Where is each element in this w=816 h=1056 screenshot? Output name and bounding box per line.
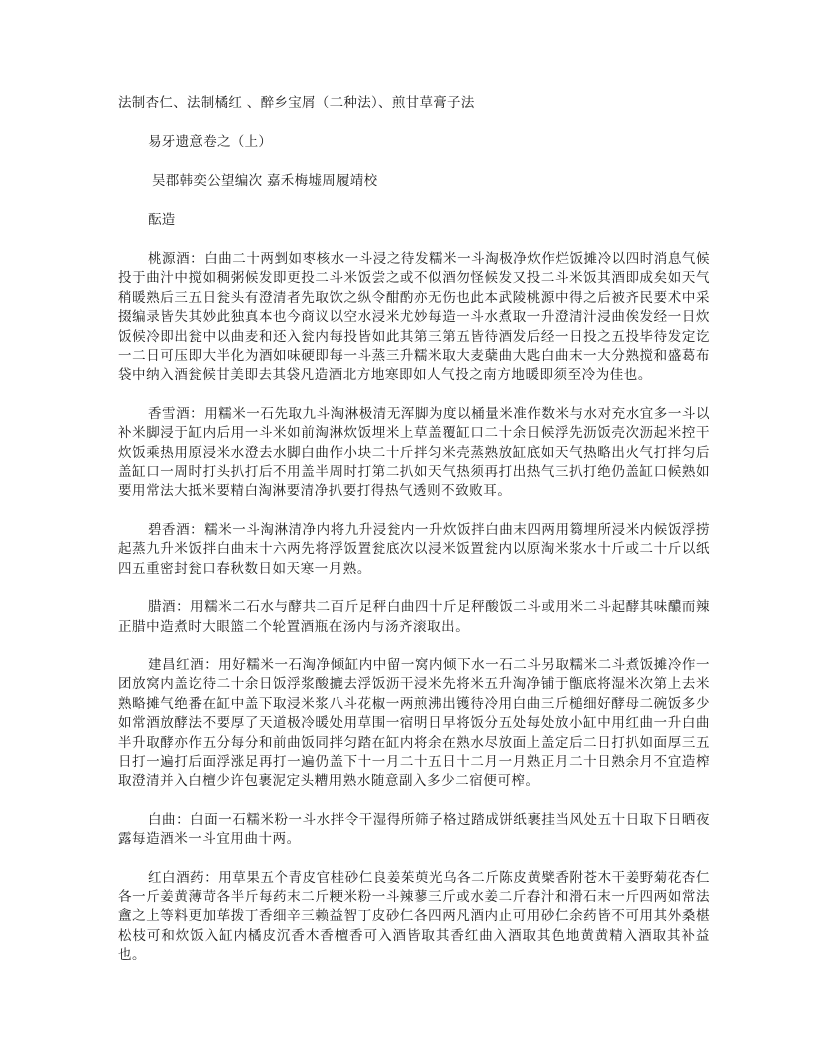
section-heading: 酝造 bbox=[118, 211, 710, 230]
paragraph-xiangxue-wine: 香雪酒：用糯米一石先取九斗淘淋极清无浑脚为度以桶量米准作数米与水对充水宜多一斗以… bbox=[118, 405, 710, 502]
book-title: 易牙遗意卷之（上） bbox=[118, 133, 710, 152]
paragraph-taoyuan-wine: 桃源酒：白曲二十两剉如枣核水一斗浸之待发糯米一斗淘极净炊作烂饭摊冷以四时消息气候… bbox=[118, 250, 710, 386]
paragraph-la-wine: 腊酒：用糯米二石水与酵共二百斤足秤白曲四十斤足秤酸饭二斗或用米二斗起酵其味醲而辣… bbox=[118, 598, 710, 637]
document-page: 法制杏仁、法制橘红 、醉乡宝屑（二种法）、煎甘草膏子法 易牙遗意卷之（上） 吴郡… bbox=[118, 94, 710, 985]
author-credit: 吴郡韩奕公望编次 嘉禾梅墟周履靖校 bbox=[118, 172, 710, 191]
paragraph-jianchang-red-wine: 建昌红酒：用好糯米一石淘净倾缸内中留一窝内倾下水一石二斗另取糯米二斗煮饭摊冷作一… bbox=[118, 656, 710, 792]
paragraph-bixiang-wine: 碧香酒：糯米一斗淘淋清净内将九升浸瓮内一升炊饭拌白曲末四两用篘埋所浸米内候饭浮捞… bbox=[118, 521, 710, 579]
document-title: 法制杏仁、法制橘红 、醉乡宝屑（二种法）、煎甘草膏子法 bbox=[118, 94, 710, 113]
paragraph-red-white-wine-yeast: 红白酒药：用草果五个青皮官桂砂仁良姜茱萸光乌各二斤陈皮黄檗香附苍木干姜野菊花杏仁… bbox=[118, 869, 710, 966]
paragraph-white-qu: 白曲：白面一石糯米粉一斗水拌令干湿得所筛子格过踏成饼纸裹挂当风处五十日取下日晒夜… bbox=[118, 811, 710, 850]
